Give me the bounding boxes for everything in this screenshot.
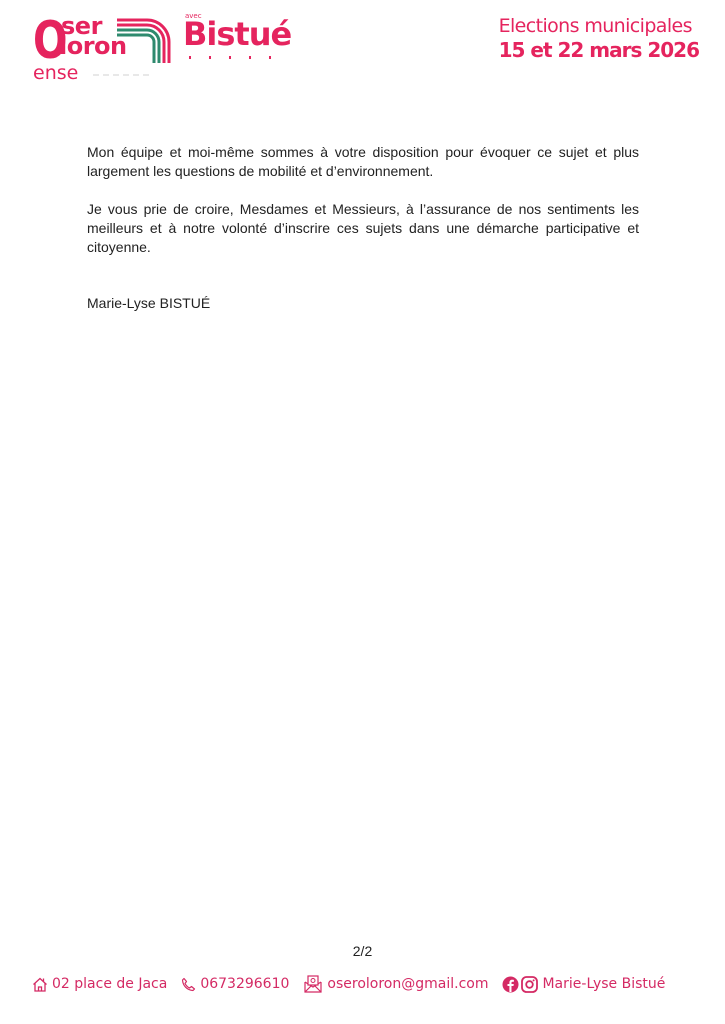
email-text[interactable]: oseroloron@gmail.com	[327, 976, 488, 992]
home-icon	[32, 977, 48, 992]
phone-text: 0673296610	[200, 976, 289, 992]
paragraph: Mon équipe et moi-même sommes à votre di…	[87, 143, 639, 181]
footer-phone: 0673296610	[181, 976, 289, 992]
election-title: Elections municipales	[499, 14, 699, 38]
logo-divider	[93, 74, 153, 76]
oser-oloron-logo: O ser loron ense	[33, 14, 173, 84]
paragraph: Je vous prie de croire, Mesdames et Mess…	[87, 200, 639, 257]
email-icon	[303, 975, 323, 993]
election-dates: 15 et 22 mars 2026	[499, 38, 699, 62]
rainbow-arc-icon	[117, 17, 173, 65]
contact-footer: 02 place de Jaca 0673296610 oseroloron@g…	[32, 975, 665, 993]
instagram-icon[interactable]	[521, 976, 538, 993]
election-info: Elections municipales 15 et 22 mars 2026	[499, 14, 699, 62]
footer-address: 02 place de Jaca	[32, 976, 167, 992]
logo-dots-decoration	[189, 56, 279, 59]
social-name-text[interactable]: Marie-Lyse Bistué	[542, 976, 665, 992]
logo-ense-text: ense	[33, 62, 78, 84]
logo-candidate-name: Bistué	[183, 16, 291, 52]
footer-email[interactable]: oseroloron@gmail.com	[303, 975, 488, 993]
signature: Marie-Lyse BISTUÉ	[87, 294, 210, 313]
page-number: 2/2	[0, 943, 725, 959]
bistue-logo: avec Bistué	[183, 12, 313, 72]
letter-body: Mon équipe et moi-même sommes à votre di…	[87, 143, 639, 276]
footer-social[interactable]: Marie-Lyse Bistué	[502, 976, 665, 993]
address-text: 02 place de Jaca	[52, 976, 167, 992]
phone-icon	[181, 977, 196, 992]
facebook-icon[interactable]	[502, 976, 519, 993]
